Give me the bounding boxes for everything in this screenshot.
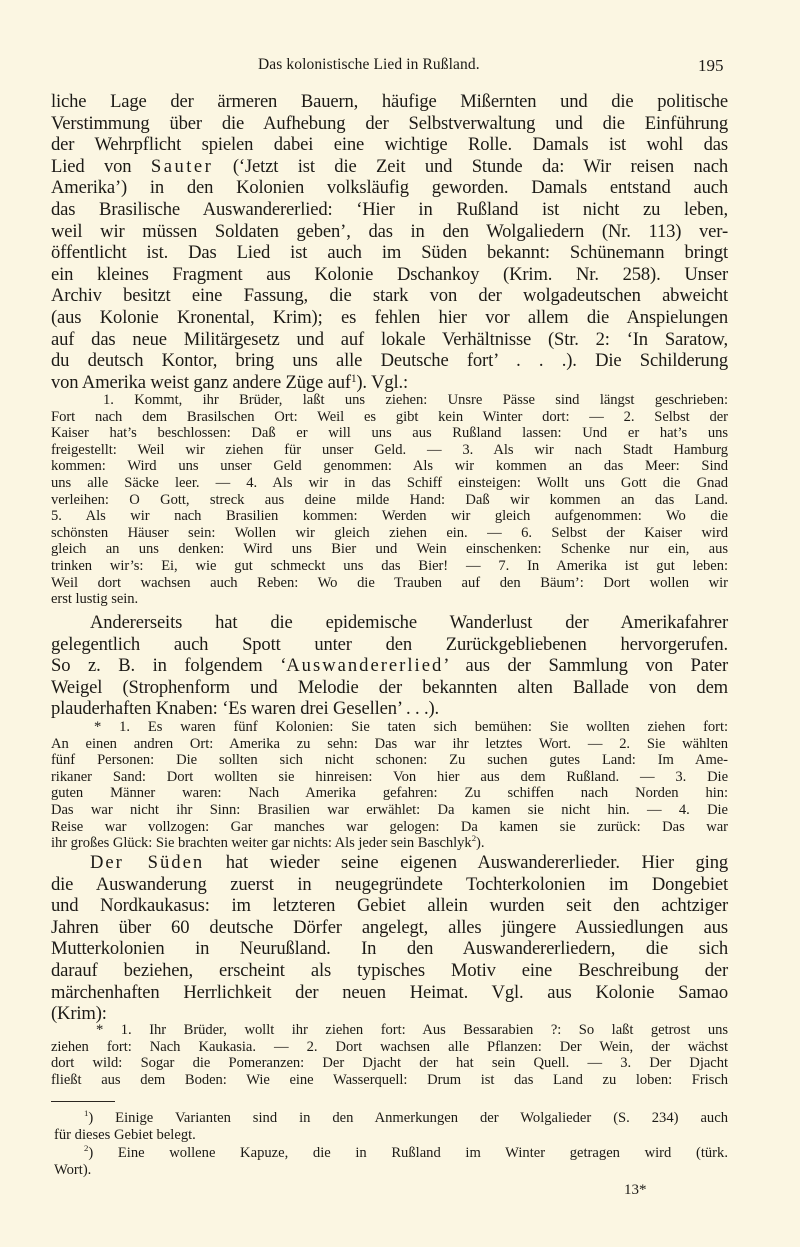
verse-line: Weil dort wachsen auch Reben: Wo die Tra…: [51, 575, 728, 592]
verse-line: Kaiser hat’s beschlossen: Daß er will un…: [51, 425, 728, 442]
verse-line: rikaner Sand: Dort wollten sie hinreisen…: [51, 769, 728, 786]
paragraph-1: liche Lage der ärmeren Bauern, häufige M…: [51, 91, 728, 393]
text-line: das Brasilische Auswandererlied: ‘Hier i…: [51, 199, 728, 221]
author-name-sauter: Sauter: [151, 156, 214, 177]
verse-line: An einen andren Ort: Amerika zu sehn: Da…: [51, 736, 728, 753]
song-excerpt-3: * 1. Ihr Brüder, wollt ihr ziehen fort: …: [51, 1022, 728, 1088]
footnote-1: 1) Einige Varianten sind in den Anmerkun…: [54, 1110, 728, 1127]
verse-line: Fort nach dem Brasilschen Ort: Weil es g…: [51, 409, 728, 426]
verse-line: freigestellt: Weil wir ziehen für unser …: [51, 442, 728, 459]
verse-line: schönsten Häuser sein: Wollen wir gleich…: [51, 525, 728, 542]
text-fragment: ). Vgl.:: [356, 372, 408, 393]
text-line: liche Lage der ärmeren Bauern, häufige M…: [51, 91, 728, 113]
verse-line: Reise war vollzogen: Gar manches war gel…: [51, 819, 728, 836]
text-fragment: von Amerika weist ganz andere Züge auf: [51, 372, 351, 393]
footnotes: 1) Einige Varianten sind in den Anmerkun…: [54, 1110, 728, 1180]
verse-line: trinken wir’s: Ei, wie gut schmeckt uns …: [51, 558, 728, 575]
book-page: Das kolonistische Lied in Rußland. 195 l…: [0, 0, 800, 1247]
verse-line: Das war nicht ihr Sinn: Brasilien war er…: [51, 802, 728, 819]
text-line: Mutterkolonien in Neurußland. In den Aus…: [51, 938, 728, 960]
text-line: Verstimmung über die Aufhebung der Selbs…: [51, 113, 728, 135]
text-line: plauderhaften Knaben: ‘Es waren drei Ges…: [51, 698, 728, 720]
verse-line: 1. Kommt, ihr Brüder, laßt uns ziehen: U…: [51, 392, 728, 409]
paragraph-2: Andererseits hat die epidemische Wanderl…: [51, 612, 728, 720]
verse-line: ziehen fort: Nach Kaukasia. — 2. Dort wa…: [51, 1039, 728, 1056]
verse-line: dort wild: Sogar die Pomeranzen: Der Dja…: [51, 1055, 728, 1072]
song-excerpt-1: 1. Kommt, ihr Brüder, laßt uns ziehen: U…: [51, 392, 728, 608]
paragraph-3: Der Süden hat wieder seine eigenen Auswa…: [51, 852, 728, 1025]
text-line: und Nordkaukasus: im letzteren Gebiet al…: [51, 895, 728, 917]
verse-line: fünf Personen: Die sollten sich nicht sc…: [51, 752, 728, 769]
sheet-signature: 13*: [624, 1182, 647, 1199]
song-excerpt-2: * 1. Es waren fünf Kolonien: Sie taten s…: [51, 719, 728, 852]
text-line: gelegentlich auch Spott unter den Zurück…: [51, 634, 728, 656]
verse-line: gleich an uns denken: Wird uns Bier und …: [51, 541, 728, 558]
text-line: auf das neue Militärgesetz und auf lokal…: [51, 329, 728, 351]
running-title: Das kolonistische Lied in Rußland.: [258, 56, 530, 74]
text-line: Weigel (Strophenform und Melodie der bek…: [51, 677, 728, 699]
text-fragment: ).: [476, 835, 484, 851]
text-line: du deutsch Kontor, bring uns alle Deutsc…: [51, 350, 728, 372]
emphasis-der-sueden: Der Süden: [90, 852, 204, 873]
text-fragment: hat wieder seine eigenen Auswandererlied…: [204, 852, 728, 873]
footnote-2-continued: Wort).: [54, 1162, 728, 1179]
verse-line: kommen: Wird uns unser Geld genommen: Al…: [51, 458, 728, 475]
page-number: 195: [698, 56, 724, 76]
text-line: weil wir müssen Soldaten geben’, das in …: [51, 221, 728, 243]
verse-line: * 1. Ihr Brüder, wollt ihr ziehen fort: …: [51, 1022, 728, 1039]
text-line: So z. B. in folgendem ‘Auswandererlied’ …: [51, 655, 728, 677]
text-line: Andererseits hat die epidemische Wanderl…: [51, 612, 728, 634]
verse-line: verleihen: O Gott, streck aus deine mild…: [51, 492, 728, 509]
text-line: Archiv besitzt eine Fassung, die stark v…: [51, 285, 728, 307]
text-line: Jahren über 60 deutsche Dörfer angelegt,…: [51, 917, 728, 939]
verse-line: ihr großes Glück: Sie brachten weiter ga…: [51, 835, 728, 852]
footnote-divider: [51, 1101, 115, 1102]
text-line: märchenhaften Herrlichkeit der neuen Hei…: [51, 982, 728, 1004]
verse-line: uns alle Säcke leer. — 4. Als wir in das…: [51, 475, 728, 492]
footnote-text: ) Eine wollene Kapuze, die in Rußland im…: [88, 1145, 728, 1161]
text-line: von Amerika weist ganz andere Züge auf1)…: [51, 372, 728, 394]
text-fragment: So z. B. in folgendem ‘: [51, 655, 286, 676]
footnote-2: 2) Eine wollene Kapuze, die in Rußland i…: [54, 1145, 728, 1162]
verse-line: erst lustig sein.: [51, 591, 728, 608]
verse-line: guten Männer waren: Nach Amerika gefahre…: [51, 785, 728, 802]
verse-line: fließt aus dem Boden: Wie eine Wasserque…: [51, 1072, 728, 1089]
text-fragment: (‘Jetzt ist die Zeit und Stunde da: Wir …: [213, 156, 728, 177]
text-fragment: ’ aus der Sammlung von Pater: [443, 655, 728, 676]
footnote-text: ) Einige Varianten sind in den Anmerkung…: [88, 1110, 728, 1126]
text-line: die Auswanderung zuerst in neugegründete…: [51, 874, 728, 896]
text-line: (aus Kolonie Kronental, Krim); es fehlen…: [51, 307, 728, 329]
text-line: Lied von Sauter (‘Jetzt ist die Zeit und…: [51, 156, 728, 178]
text-line: darauf beziehen, erscheint als typisches…: [51, 960, 728, 982]
text-line: ein kleines Fragment aus Kolonie Dschank…: [51, 264, 728, 286]
song-title-auswandererlied: Auswandererlied: [286, 655, 443, 676]
footnote-1-continued: für dieses Gebiet belegt.: [54, 1127, 728, 1144]
text-line: Amerika’) in den Kolonien volksläufig ge…: [51, 177, 728, 199]
text-line: der Wehrpflicht spielen dabei eine wicht…: [51, 134, 728, 156]
verse-line: * 1. Es waren fünf Kolonien: Sie taten s…: [51, 719, 728, 736]
text-fragment: ihr großes Glück: Sie brachten weiter ga…: [51, 835, 472, 851]
text-line: Der Süden hat wieder seine eigenen Auswa…: [51, 852, 728, 874]
text-line: öffentlicht ist. Das Lied ist auch im Sü…: [51, 242, 728, 264]
text-fragment: Lied von: [51, 156, 151, 177]
verse-line: 5. Als wir nach Brasilien kommen: Werden…: [51, 508, 728, 525]
